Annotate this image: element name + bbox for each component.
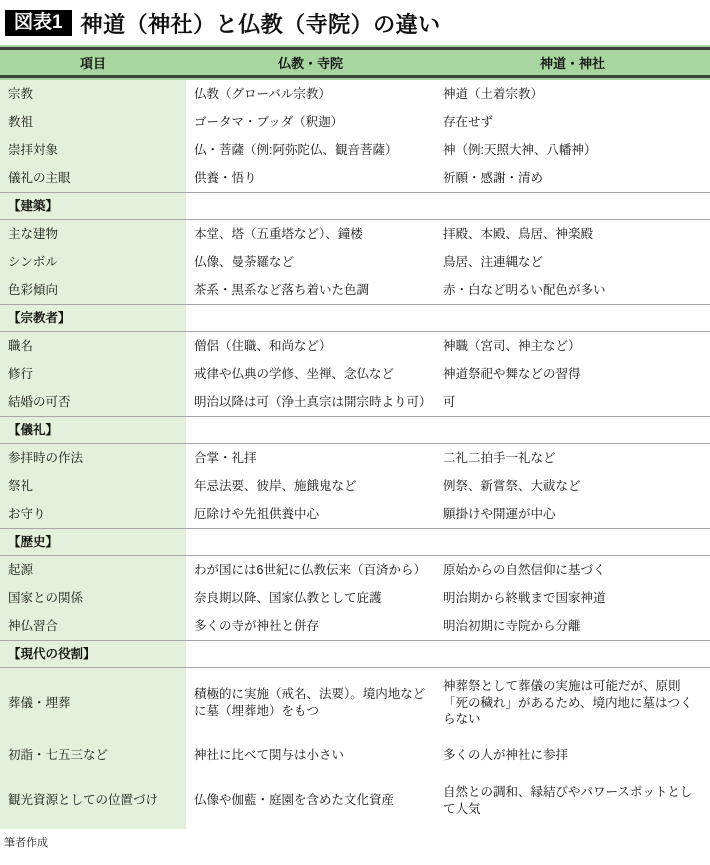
section-label: 【建築】 [0,193,186,219]
table-row-origin: 起源 わが国には6世紀に仏教伝来（百済から） 原始からの自然信仰に基づく [0,556,710,584]
table-row-festivals: 祭礼 年忌法要、彼岸、施餓鬼など 例祭、新嘗祭、大祓など [0,472,710,500]
empty-cell [435,427,710,433]
row-label: 修行 [0,360,186,388]
row-label: 神仏習合 [0,612,186,640]
empty-cell [186,203,435,209]
shinto-cell: 可 [435,391,710,414]
row-label: 葬儀・埋葬 [0,668,186,738]
column-header-shinto: 神道・神社 [435,53,710,72]
shinto-cell: 神職（宮司、神主など） [435,335,710,358]
table-row-ritual-focus: 儀礼の主眼 供養・悟り 祈願・感謝・清め [0,164,710,192]
shinto-cell: 赤・白など明るい配色が多い [435,279,710,302]
table-row-syncretism: 神仏習合 多くの寺が神社と併存 明治初期に寺院から分離 [0,612,710,640]
table-row-color-tendency: 色彩傾向 茶系・黒系など落ち着いた色調 赤・白など明るい配色が多い [0,276,710,304]
table-row-state-relation: 国家との関係 奈良期以降、国家仏教として庇護 明治期から終戦まで国家神道 [0,584,710,612]
shinto-cell: 鳥居、注連縄など [435,251,710,274]
section-row-history: 【歴史】 [0,528,710,556]
buddhism-cell: 供養・悟り [186,167,435,190]
buddhism-cell: 合掌・礼拝 [186,447,435,470]
buddhism-cell: 戒律や仏典の学修、坐禅、念仏など [186,363,435,386]
shinto-cell: 拝殿、本殿、鳥居、神楽殿 [435,223,710,246]
buddhism-cell: 多くの寺が神社と併存 [186,615,435,638]
row-label: 祭礼 [0,472,186,500]
buddhism-cell: 明治以降は可（浄土真宗は開宗時より可） [186,391,435,414]
table-row-religion: 宗教 仏教（グローバル宗教） 神道（土着宗教） [0,80,710,108]
buddhism-cell: 茶系・黒系など落ち着いた色調 [186,279,435,302]
table-row-job-title: 職名 僧侶（住職、和尚など） 神職（宮司、神主など） [0,332,710,360]
row-label: 崇拝対象 [0,136,186,164]
figure-title: 神道（神社）と仏教（寺院）の違い [81,8,441,39]
buddhism-cell: 積極的に実施（戒名、法要）。境内地などに墓（埋葬地）をもつ [186,683,435,723]
table-row-marriage: 結婚の可否 明治以降は可（浄土真宗は開宗時より可） 可 [0,388,710,416]
row-label: 主な建物 [0,220,186,248]
empty-cell [186,651,435,657]
row-label: お守り [0,500,186,528]
table-row-funerals: 葬儀・埋葬 積極的に実施（戒名、法要）。境内地などに墓（埋葬地）をもつ 神葬祭と… [0,668,710,738]
shinto-cell: 二礼二拍手一礼など [435,447,710,470]
table-header-band: 項目 仏教・寺院 神道・神社 [0,45,710,80]
empty-cell [186,539,435,545]
buddhism-cell: 仏教（グローバル宗教） [186,83,435,106]
row-label: 起源 [0,556,186,584]
shinto-cell: 明治初期に寺院から分離 [435,615,710,638]
table-row-training: 修行 戒律や仏典の学修、坐禅、念仏など 神道祭祀や舞などの習得 [0,360,710,388]
table-row-worship-manner: 参拝時の作法 合掌・礼拝 二礼二拍手一礼など [0,444,710,472]
figure-number-badge: 図表1 [5,10,72,36]
table-header-row: 項目 仏教・寺院 神道・神社 [0,47,710,78]
source-note: 筆者作成 [0,829,710,850]
table-row-symbols: シンボル 仏像、曼荼羅など 鳥居、注連縄など [0,248,710,276]
section-row-modern-role: 【現代の役割】 [0,640,710,668]
shinto-cell: 神葬祭として葬儀の実施は可能だが、原則「死の穢れ」があるため、境内地に墓はつくら… [435,675,710,731]
table-row-founder: 教祖 ゴータマ・ブッダ（釈迦） 存在せず [0,108,710,136]
row-label: シンボル [0,248,186,276]
shinto-cell: 神道祭祀や舞などの習得 [435,363,710,386]
row-label: 初詣・七五三など [0,738,186,772]
shinto-cell: 例祭、新嘗祭、大祓など [435,475,710,498]
section-label: 【歴史】 [0,529,186,555]
buddhism-cell: 神社に比べて関与は小さい [186,744,435,767]
buddhism-cell: 仏像、曼荼羅など [186,251,435,274]
empty-cell [435,315,710,321]
buddhism-cell: ゴータマ・ブッダ（釈迦） [186,111,435,134]
comparison-table: 項目 仏教・寺院 神道・神社 宗教 仏教（グローバル宗教） 神道（土着宗教） 教… [0,45,710,829]
empty-cell [435,651,710,657]
table-row-amulets: お守り 厄除けや先祖供養中心 願掛けや開運が中心 [0,500,710,528]
buddhism-cell: 本堂、塔（五重塔など）、鐘楼 [186,223,435,246]
buddhism-cell: 厄除けや先祖供養中心 [186,503,435,526]
buddhism-cell: 僧侶（住職、和尚など） [186,335,435,358]
empty-cell [186,315,435,321]
row-label: 色彩傾向 [0,276,186,304]
row-label: 宗教 [0,80,186,108]
shinto-cell: 祈願・感謝・清め [435,167,710,190]
empty-cell [186,427,435,433]
section-row-clergy: 【宗教者】 [0,304,710,332]
section-label: 【現代の役割】 [0,641,186,667]
buddhism-cell: 奈良期以降、国家仏教として庇護 [186,587,435,610]
shinto-cell: 神道（土着宗教） [435,83,710,106]
table-row-worship-object: 崇拝対象 仏・菩薩（例:阿弥陀仏、観音菩薩） 神（例:天照大神、八幡神） [0,136,710,164]
buddhism-cell: わが国には6世紀に仏教伝来（百済から） [186,559,435,582]
buddhism-cell: 仏・菩薩（例:阿弥陀仏、観音菩薩） [186,139,435,162]
buddhism-cell: 年忌法要、彼岸、施餓鬼など [186,475,435,498]
table-row-tourism: 観光資源としての位置づけ 仏像や伽藍・庭園を含めた文化資産 自然との調和、縁結び… [0,772,710,829]
section-row-architecture: 【建築】 [0,192,710,220]
column-header-buddhism: 仏教・寺院 [186,53,435,72]
table-row-main-buildings: 主な建物 本堂、塔（五重塔など）、鐘楼 拝殿、本殿、鳥居、神楽殿 [0,220,710,248]
row-label: 国家との関係 [0,584,186,612]
row-label: 職名 [0,332,186,360]
shinto-cell: 多くの人が神社に参拝 [435,744,710,767]
row-label: 教祖 [0,108,186,136]
shinto-cell: 願掛けや開運が中心 [435,503,710,526]
section-row-rituals: 【儀礼】 [0,416,710,444]
row-label: 儀礼の主眼 [0,164,186,192]
section-label: 【宗教者】 [0,305,186,331]
shinto-cell: 存在せず [435,111,710,134]
shinto-cell: 原始からの自然信仰に基づく [435,559,710,582]
buddhism-cell: 仏像や伽藍・庭園を含めた文化資産 [186,789,435,812]
empty-cell [435,203,710,209]
shinto-cell: 自然との調和、縁結びやパワースポットとして人気 [435,781,710,821]
table-row-new-year-visits: 初詣・七五三など 神社に比べて関与は小さい 多くの人が神社に参拝 [0,738,710,772]
shinto-cell: 神（例:天照大神、八幡神） [435,139,710,162]
row-label: 観光資源としての位置づけ [0,772,186,829]
shinto-cell: 明治期から終戦まで国家神道 [435,587,710,610]
figure-title-bar: 図表1 神道（神社）と仏教（寺院）の違い [0,0,710,39]
row-label: 参拝時の作法 [0,444,186,472]
row-label: 結婚の可否 [0,388,186,416]
column-header-item: 項目 [0,53,186,72]
section-label: 【儀礼】 [0,417,186,443]
empty-cell [435,539,710,545]
